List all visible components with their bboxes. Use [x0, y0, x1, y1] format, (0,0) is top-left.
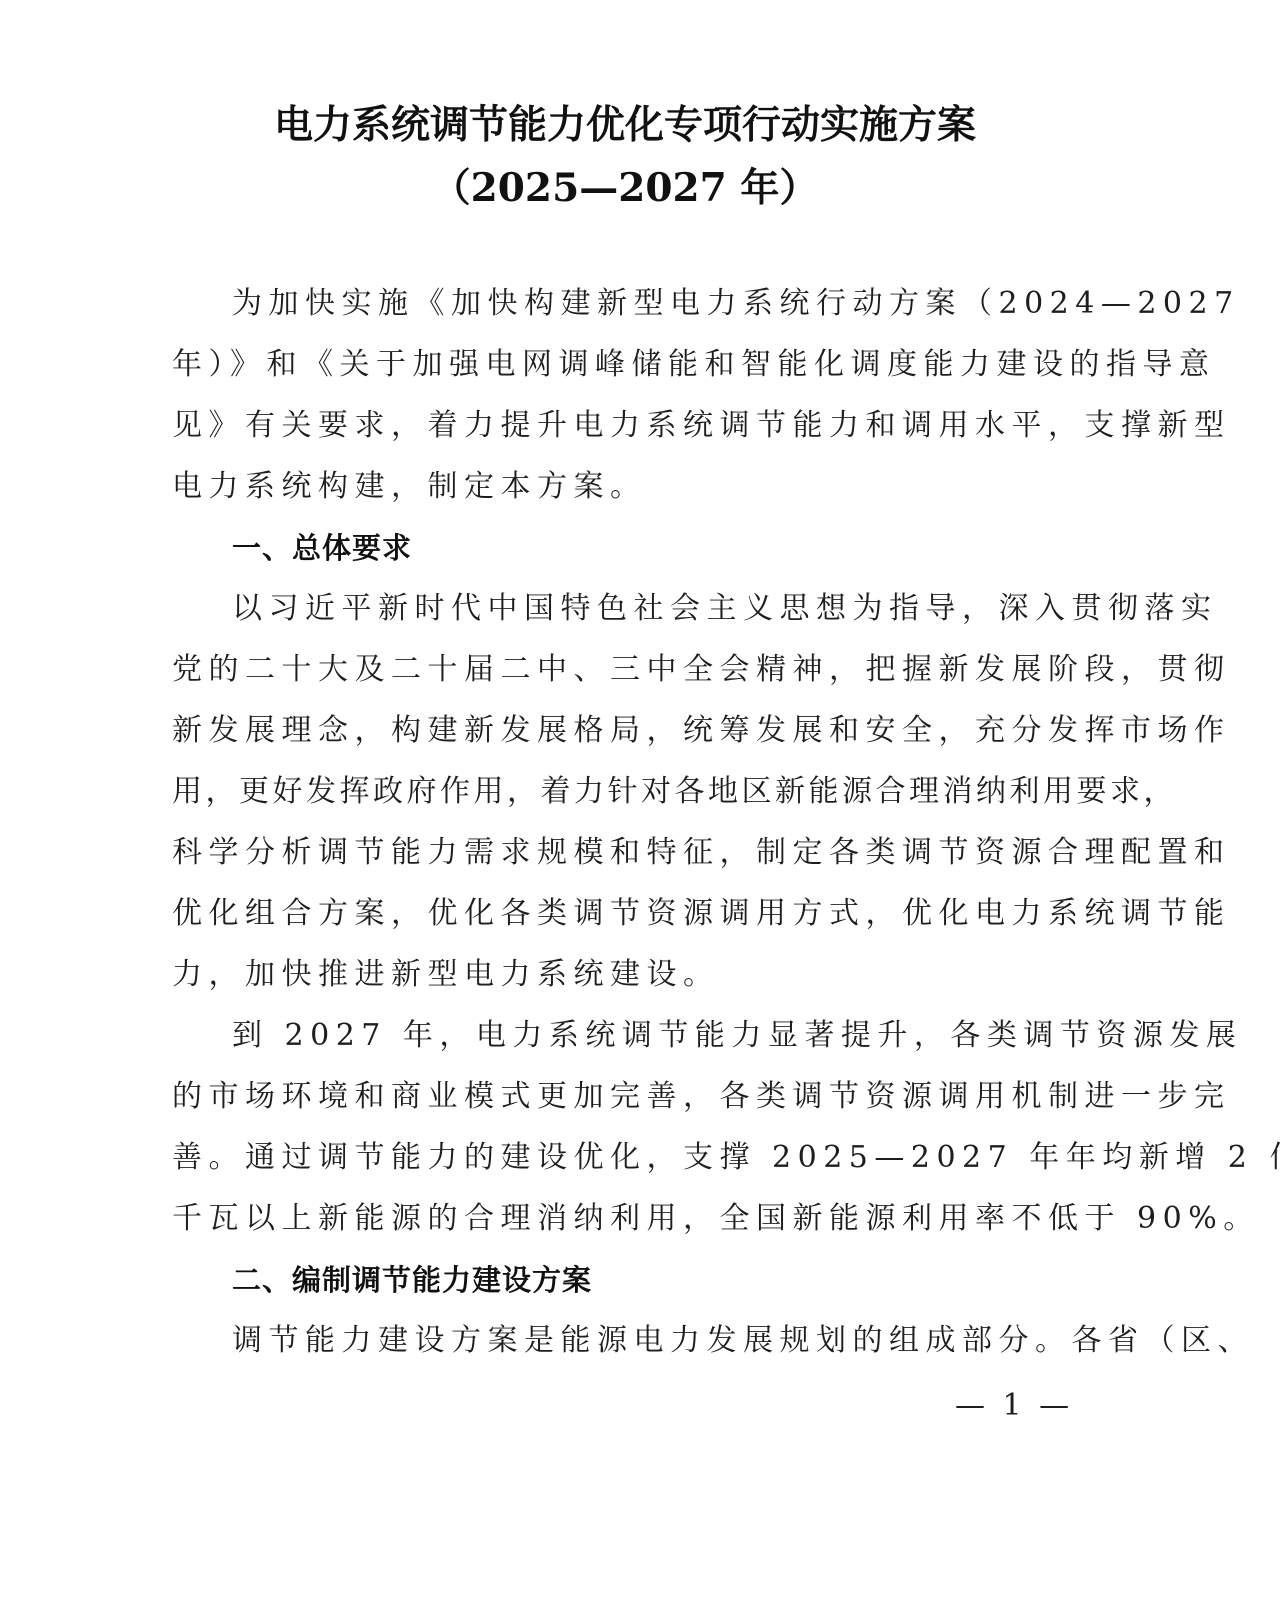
document-subtitle-years: （2025—2027 年）	[0, 157, 1250, 213]
page-number: — 1 —	[955, 1386, 1073, 1426]
paragraph-guidance-line: 优化组合方案，优化各类调节资源调用方式，优化电力系统调节能	[172, 894, 1072, 934]
document-page: 电力系统调节能力优化专项行动实施方案 （2025—2027 年） 为加快实施《加…	[0, 0, 1280, 1618]
paragraph-guidance-line: 以习近平新时代中国特色社会主义思想为指导，深入贯彻落实	[232, 589, 1132, 629]
paragraph-targets-line: 到 2027 年，电力系统调节能力显著提升，各类调节资源发展	[232, 1016, 1132, 1056]
paragraph-intro-line: 年）》和《关于加强电网调峰储能和智能化调度能力建设的指导意	[172, 345, 1072, 385]
paragraph-targets-line: 千瓦以上新能源的合理消纳利用，全国新能源利用率不低于 90%。	[172, 1199, 1072, 1239]
section-heading-general-requirements: 一、总体要求	[232, 528, 412, 568]
paragraph-intro-line: 电力系统构建，制定本方案。	[172, 467, 1072, 507]
paragraph-guidance-line: 力，加快推进新型电力系统建设。	[172, 955, 1072, 995]
paragraph-targets-line: 的市场环境和商业模式更加完善，各类调节资源调用机制进一步完	[172, 1077, 1072, 1117]
paragraph-guidance-line: 新发展理念，构建新发展格局，统筹发展和安全，充分发挥市场作	[172, 711, 1072, 751]
paragraph-targets-line: 善。通过调节能力的建设优化，支撑 2025—2027 年年均新增 2 亿	[172, 1138, 1072, 1178]
section-heading-capacity-plan: 二、编制调节能力建设方案	[232, 1260, 592, 1300]
paragraph-intro-line: 见》有关要求，着力提升电力系统调节能力和调用水平，支撑新型	[172, 406, 1072, 446]
paragraph-guidance-line: 科学分析调节能力需求规模和特征，制定各类调节资源合理配置和	[172, 833, 1072, 873]
paragraph-guidance-line: 党的二十大及二十届二中、三中全会精神，把握新发展阶段，贯彻	[172, 650, 1072, 690]
paragraph-guidance-line: 用，更好发挥政府作用，着力针对各地区新能源合理消纳利用要求，	[172, 772, 1072, 812]
paragraph-intro-line: 为加快实施《加快构建新型电力系统行动方案（2024—2027	[232, 284, 1132, 324]
paragraph-plan-line: 调节能力建设方案是能源电力发展规划的组成部分。各省（区、	[232, 1321, 1132, 1361]
document-title: 电力系统调节能力优化专项行动实施方案	[0, 94, 1250, 150]
